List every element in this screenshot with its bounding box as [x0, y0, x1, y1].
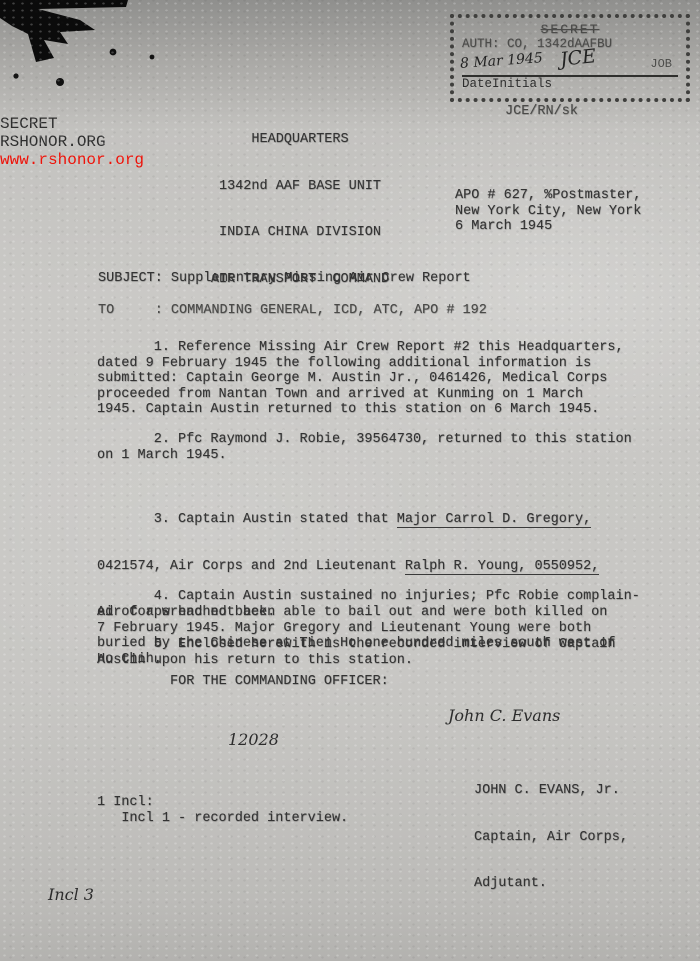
paragraph-5: 5. Enclosed herewith is the recorded int…: [97, 637, 657, 668]
subject-line: SUBJECT: Supplementary Missing Air Crew …: [98, 271, 471, 287]
signer-role: Adjutant.: [474, 876, 628, 892]
signer-name: JOHN C. EVANS, Jr.: [474, 783, 628, 799]
signer-title: Captain, Air Corps,: [474, 830, 628, 846]
paragraph-4: 4. Captain Austin sustained no injuries;…: [97, 589, 657, 620]
office-symbol: JCE/RN/sk: [505, 104, 578, 120]
signature-block: JOHN C. EVANS, Jr. Captain, Air Corps, A…: [474, 752, 628, 923]
ink-blotch-top-left: [0, 0, 260, 110]
letterhead-line: INDIA CHINA DIVISION: [100, 225, 500, 241]
closing-line: FOR THE COMMANDING OFFICER:: [170, 674, 389, 690]
para3-underlined-name: Major Carrol D. Gregory,: [397, 512, 591, 528]
paragraph-2: 2. Pfc Raymond J. Robie, 39564730, retur…: [97, 432, 657, 463]
para3-text: 0421574, Air Corps and 2nd Lieutenant: [97, 559, 405, 574]
enclosure-note: 1 Incl: Incl 1 - recorded interview.: [97, 795, 348, 826]
initials-label: Initials: [492, 77, 552, 91]
date-label: Date: [462, 77, 492, 91]
handwritten-initials: JCE: [559, 45, 597, 71]
to-line: TO : COMMANDING GENERAL, ICD, ATC, APO #…: [98, 303, 487, 319]
letterhead-line: 1342nd AAF BASE UNIT: [100, 179, 500, 195]
document-scan-page: SECRET AUTH: CO, 1342dAAFBU 8 Mar 1945 J…: [0, 0, 700, 961]
address-block: APO # 627, %Postmaster, New York City, N…: [455, 188, 641, 235]
handwritten-incl-note: Incl 3: [48, 885, 94, 904]
handwritten-date: 8 Mar 1945: [460, 50, 544, 72]
date-initials-rule: 8 Mar 1945 JCE JOB: [462, 51, 678, 77]
handwritten-number: 12028: [228, 730, 279, 749]
typed-initials: JOB: [650, 57, 672, 71]
letterhead-line: HEADQUARTERS: [100, 132, 500, 148]
signature-handwritten: John C. Evans: [448, 706, 560, 725]
paragraph-1: 1. Reference Missing Air Crew Report #2 …: [97, 340, 657, 418]
para3-underlined-name: Ralph R. Young, 0550952,: [405, 559, 599, 575]
authorization-stamp-box: SECRET AUTH: CO, 1342dAAFBU 8 Mar 1945 J…: [450, 14, 690, 102]
para3-text: 3. Captain Austin stated that: [97, 512, 397, 527]
classification-label: SECRET: [462, 22, 678, 37]
